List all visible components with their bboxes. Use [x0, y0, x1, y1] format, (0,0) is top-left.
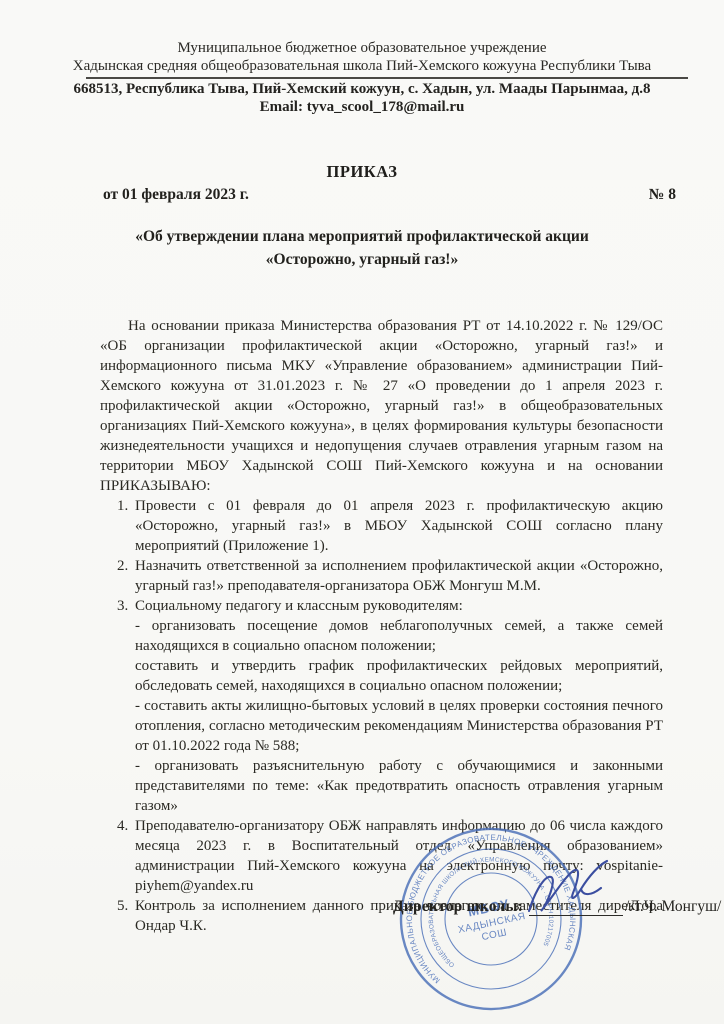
school-round-stamp: МУНИЦИПАЛЬНОЕ БЮДЖЕТНОЕ ОБРАЗОВАТЕЛЬНОЕ …	[398, 826, 584, 1012]
order-item-2: 2. Назначить ответственной за исполнение…	[100, 556, 663, 596]
order-number: № 8	[649, 186, 676, 204]
item-number: 3.	[117, 596, 135, 816]
order-subject: «Об утверждении плана мероприятий профил…	[0, 225, 724, 271]
item-3-subline-4: - организовать разъяснительную работу с …	[135, 756, 663, 816]
item-3-subline-3: - составить акты жилищно-бытовых условий…	[135, 696, 663, 756]
order-subject-line2: «Осторожно, угарный газ!»	[0, 248, 724, 271]
item-3-subline-2: составить и утвердить график профилактич…	[135, 656, 663, 696]
item-text: Социальному педагогу и классным руководи…	[135, 596, 663, 816]
date-number-row: от 01 февраля 2023 г. № 8	[103, 186, 676, 204]
item-3-subline-1: - организовать посещение домов неблагопо…	[135, 616, 663, 656]
letterhead: Муниципальное бюджетное образовательное …	[0, 0, 724, 116]
order-date: от 01 февраля 2023 г.	[103, 186, 249, 204]
scanned-order-document: Муниципальное бюджетное образовательное …	[0, 0, 724, 1024]
order-item-3: 3. Социальному педагогу и классным руков…	[100, 596, 663, 816]
letterhead-divider	[86, 77, 688, 79]
stamp-graphic: МУНИЦИПАЛЬНОЕ БЮДЖЕТНОЕ ОБРАЗОВАТЕЛЬНОЕ …	[398, 826, 584, 1012]
org-name-line: Хадынская средняя общеобразовательная шк…	[0, 58, 724, 75]
item-number: 5.	[117, 896, 135, 936]
item-number: 1.	[117, 496, 135, 556]
preamble-paragraph: На основании приказа Министерства образо…	[100, 316, 663, 496]
item-number: 4.	[117, 816, 135, 896]
org-type-line: Муниципальное бюджетное образовательное …	[0, 40, 724, 57]
signature-name: /Л.Ч. Монгуш/	[625, 898, 721, 916]
item-3-lead: Социальному педагогу и классным руководи…	[135, 596, 663, 616]
doc-type-title: ПРИКАЗ	[0, 162, 724, 182]
item-number: 2.	[117, 556, 135, 596]
handwritten-signature	[519, 859, 631, 917]
order-item-1: 1. Провести с 01 февраля до 01 апреля 20…	[100, 496, 663, 556]
signature-row: Директор школы: /Л.Ч. Монгуш/	[393, 897, 721, 916]
item-text: Провести с 01 февраля до 01 апреля 2023 …	[135, 496, 663, 556]
order-subject-line1: «Об утверждении плана мероприятий профил…	[0, 225, 724, 248]
org-address-line: 668513, Республика Тыва, Пий-Хемский кож…	[0, 81, 724, 98]
item-text: Назначить ответственной за исполнением п…	[135, 556, 663, 596]
signature-label: Директор школы:	[393, 898, 523, 916]
signature-line	[529, 897, 623, 916]
org-email-line: Email: tyva_scool_178@mail.ru	[0, 99, 724, 116]
